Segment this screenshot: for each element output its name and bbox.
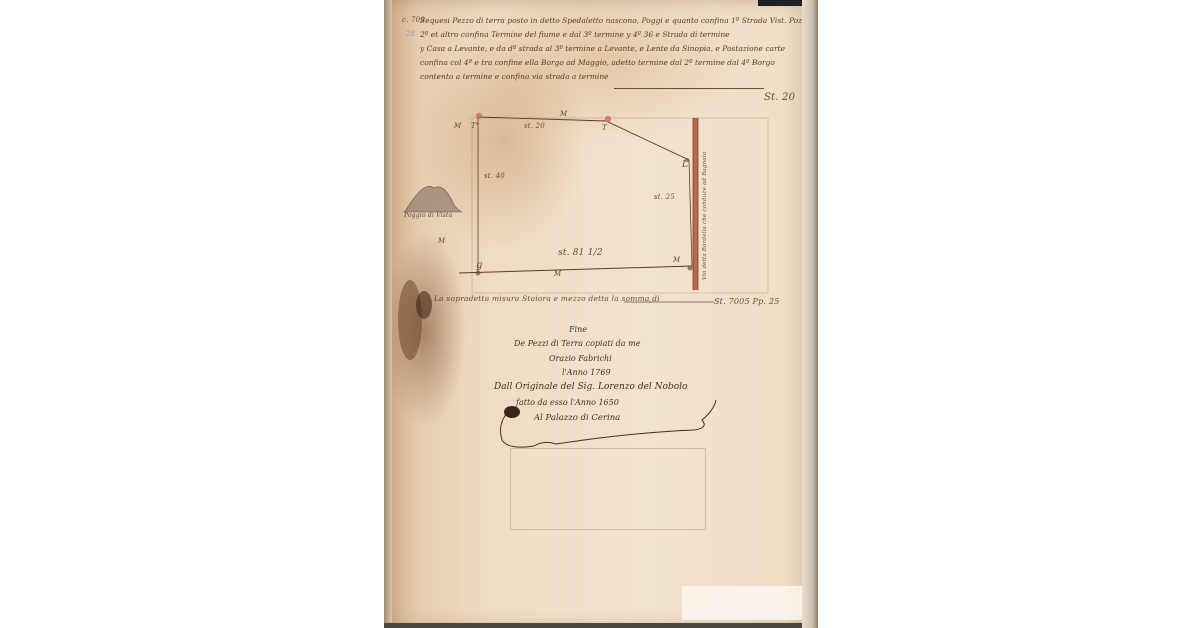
manuscript-page: c. 709 28 Sequesi Pezzo di terra posto i… (384, 0, 818, 628)
road-label: Via detta Bardella che conduce ad Bagnai… (702, 152, 708, 280)
colophon-line: Orazio Fabrichi (549, 354, 612, 363)
colophon-line: fatto da esso l'Anno 1650 (516, 398, 619, 407)
measure-label: M (560, 110, 567, 118)
corner-label-bottom-left: g (476, 260, 483, 271)
colophon-line: Dall Originale del Sig. Lorenzo del Nobo… (494, 382, 687, 392)
measure-label: M (454, 122, 461, 130)
paper-label-patch (682, 586, 806, 620)
colophon-line: Al Palazzo di Cerina (534, 413, 620, 423)
colophon-line: l'Anno 1769 (562, 368, 611, 377)
measure-label: M (554, 270, 561, 278)
colophon-line: Fine (569, 325, 587, 334)
corner-label-top-left: T° (471, 122, 480, 130)
area-line-value: St. 7005 Pp. 25 (714, 297, 779, 306)
corner-label-bottom-right: M (673, 256, 680, 264)
corner-label-top-mid: T (602, 124, 607, 132)
page-bottom-edge (384, 623, 818, 628)
right-edge-measure: st. 25 (654, 193, 675, 201)
faint-show-through-box (510, 448, 706, 530)
top-edge-measure: st. 20 (524, 122, 545, 130)
area-line-text: La sopradetta misura Staiora e mezzo det… (434, 294, 660, 303)
colophon-line: De Pezzi di Terra copiati da me (514, 339, 640, 348)
bottom-edge-measure: st. 81 1/2 (558, 248, 603, 258)
left-edge-measure: st. 40 (484, 172, 505, 180)
hill-label: Poggio di Vista (404, 212, 452, 219)
measure-label: M (438, 237, 445, 245)
land-plot-diagram (384, 0, 818, 628)
corner-label-right: L (682, 160, 688, 170)
